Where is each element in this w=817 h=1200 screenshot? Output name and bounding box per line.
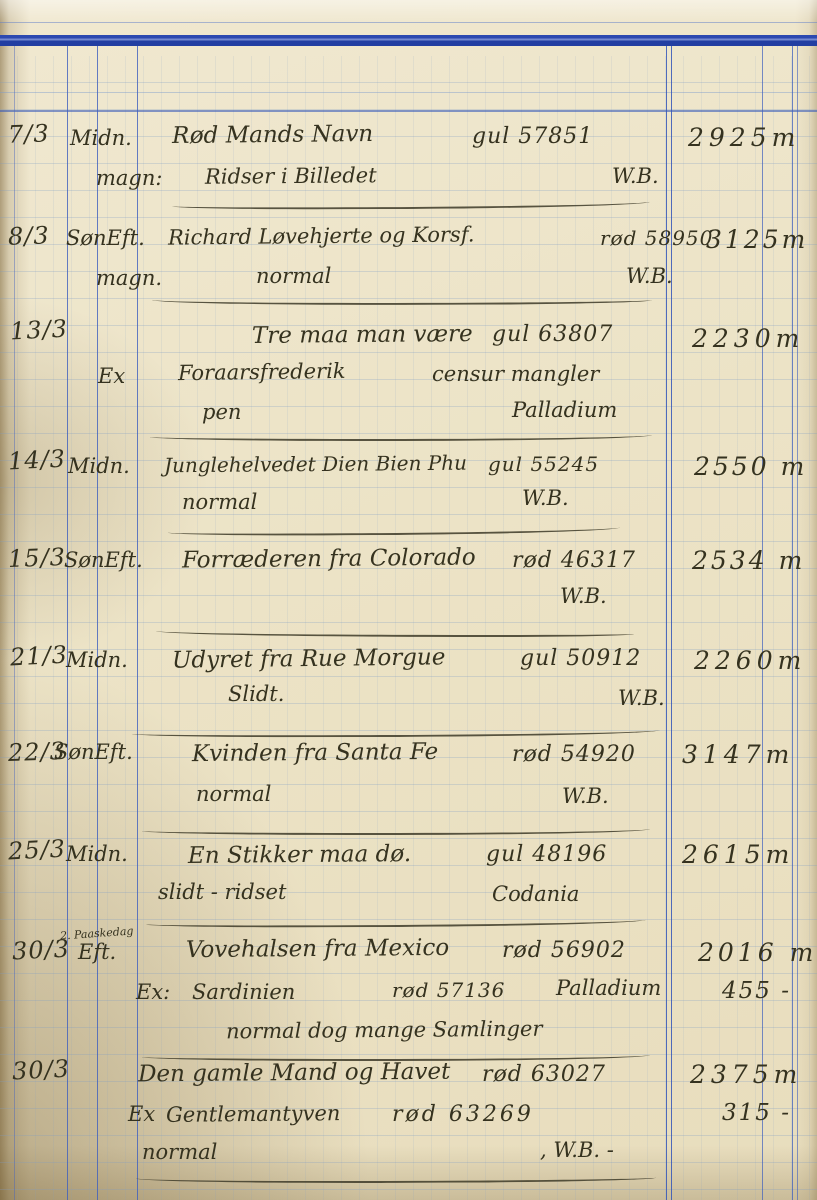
ledger-entry: 22/3 SønEft. Kvinden fra Santa Fe rød 54… — [0, 738, 817, 838]
inspector-signature: W.B. — [618, 688, 665, 709]
film-length: 2925m — [688, 125, 800, 150]
condition-note: normal — [182, 492, 257, 513]
film-title: Junglehelvedet Dien Bien Phu — [164, 453, 467, 476]
film-title: Rød Mands Navn — [172, 123, 373, 148]
distributor: Palladium — [556, 978, 661, 999]
film-title: Udyret fra Rue Morgue — [172, 646, 446, 672]
screening-time: magn. — [96, 268, 162, 289]
censor-number: gul 63807 — [492, 324, 613, 346]
ledger-entry: 7/3 Midn. Rød Mands Navn gul 57851 2925m… — [0, 120, 817, 220]
entry-separator — [146, 919, 646, 929]
ledger-entry: 30/3 Den gamle Mand og Havet rød 63027 2… — [0, 1058, 817, 1188]
inspector-signature: W.B. — [562, 786, 609, 807]
screening-time: Eft. — [78, 942, 116, 963]
screening-time: Midn. — [68, 456, 130, 477]
header-rule-strong — [0, 110, 817, 112]
extra-film-title: Foraarsfrederik — [178, 361, 346, 384]
extra-film-length: 455 - — [722, 980, 791, 1003]
ledger-entry: 15/3 SønEft. Forræderen fra Colorado rød… — [0, 542, 817, 642]
film-length: 2615m — [682, 842, 794, 867]
inspector-signature: W.B. — [560, 586, 607, 607]
film-title: Tre maa man være — [252, 323, 473, 348]
film-length: 2260m — [694, 648, 806, 673]
entry-date: 21/3 — [9, 643, 68, 670]
screening-time: Midn. — [66, 844, 128, 865]
film-title: Richard Løvehjerte og Korsf. — [168, 224, 475, 248]
film-length: 3125m — [706, 227, 808, 252]
extra-film-mark: Ex: — [136, 982, 170, 1003]
censor-number: rød 54920 — [512, 744, 636, 766]
ledger-page: 7/3 Midn. Rød Mands Navn gul 57851 2925m… — [0, 0, 817, 1200]
extra-film-title: Sardinien — [192, 982, 295, 1003]
condition-note: slidt - ridset — [158, 882, 286, 903]
film-title: En Stikker maa dø. — [188, 843, 411, 868]
entry-date: 14/3 — [7, 447, 66, 474]
censor-number: gul 55245 — [488, 454, 599, 474]
screening-time: Midn. — [66, 650, 128, 671]
censor-number: gul 50912 — [520, 648, 641, 670]
condition-note: pen — [202, 402, 241, 423]
film-title: Forræderen fra Colorado — [182, 546, 476, 572]
extra-film-length: 315 - — [722, 1102, 791, 1125]
film-title: Kvinden fra Santa Fe — [192, 741, 438, 766]
condition-note: Slidt. — [228, 684, 284, 705]
condition-note: normal — [256, 266, 331, 287]
film-title: Vovehalsen fra Mexico — [186, 937, 449, 962]
ledger-entry: 30/3 2. Paaskedag Eft. Vovehalsen fra Me… — [0, 928, 817, 1060]
film-length: 2550 m — [694, 454, 807, 479]
film-length: 2230m — [692, 326, 804, 351]
censor-number: rød 63027 — [482, 1064, 606, 1086]
extra-film-title: Gentlemantyven — [166, 1103, 341, 1126]
screening-time: SønEft. — [64, 550, 143, 571]
screening-time: magn: — [96, 168, 162, 189]
header-rule-thick — [0, 35, 817, 46]
header-rule-thin — [0, 22, 817, 23]
censor-number: rød 63269 — [392, 1104, 534, 1126]
entry-separator — [172, 201, 650, 211]
censor-number: rød 56902 — [502, 940, 626, 962]
entry-date: 30/3 — [11, 1057, 70, 1084]
film-title: Den gamle Mand og Havet — [138, 1061, 451, 1087]
entry-separator — [136, 1175, 656, 1185]
condition-note: Ridser i Billedet — [205, 165, 377, 187]
entry-separator — [150, 434, 652, 441]
condition-note: normal — [196, 784, 271, 805]
inspector-signature: , W.B. - — [540, 1140, 614, 1161]
censor-number: rød 57136 — [392, 980, 505, 1000]
screening-time: SønEft. — [66, 228, 145, 249]
distributor: Palladium — [512, 400, 617, 421]
ledger-entry: 8/3 SønEft. Richard Løvehjerte og Korsf.… — [0, 222, 817, 322]
entry-separator — [168, 526, 620, 536]
entry-separator — [156, 630, 634, 637]
film-length: 2375m — [690, 1062, 802, 1087]
screening-time: Midn. — [70, 128, 132, 149]
censor-note: censur mangler — [432, 364, 599, 385]
film-length: 3147m — [682, 742, 794, 767]
film-length: 2534 m — [692, 548, 805, 573]
extra-film-mark: Ex — [98, 366, 125, 387]
entry-date: 7/3 — [8, 121, 50, 146]
inspector-signature: W.B. — [522, 488, 569, 509]
ledger-entry: 14/3 Midn. Junglehelvedet Dien Bien Phu … — [0, 448, 817, 544]
censor-number: gul 48196 — [486, 844, 607, 866]
entry-date: 25/3 — [7, 837, 66, 864]
extra-film-mark: Ex — [128, 1104, 155, 1125]
screening-time: SønEft. — [54, 742, 133, 763]
distributor: Codania — [492, 884, 579, 905]
ledger-entry: 21/3 Midn. Udyret fra Rue Morgue gul 509… — [0, 642, 817, 742]
entry-date: 8/3 — [8, 223, 50, 248]
condition-note: normal dog mange Samlinger — [226, 1019, 543, 1043]
entry-date: 15/3 — [8, 545, 67, 571]
entry-date: 13/3 — [9, 317, 68, 344]
inspector-signature: W.B. — [626, 266, 673, 287]
header-rule-light — [0, 92, 817, 93]
entry-separator — [152, 297, 652, 306]
censor-number: rød 58950 — [600, 228, 713, 248]
condition-note: normal — [142, 1142, 217, 1163]
ledger-entry: 13/3 Tre maa man være gul 63807 2230m Ex… — [0, 318, 817, 448]
censor-number: rød 46317 — [512, 550, 636, 572]
entry-separator — [142, 828, 650, 835]
ledger-entry: 25/3 Midn. En Stikker maa dø. gul 48196 … — [0, 838, 817, 934]
inspector-signature: W.B. — [612, 166, 659, 187]
film-length: 2016 m — [698, 940, 817, 965]
censor-number: gul 57851 — [472, 126, 593, 148]
entry-separator — [132, 729, 660, 738]
